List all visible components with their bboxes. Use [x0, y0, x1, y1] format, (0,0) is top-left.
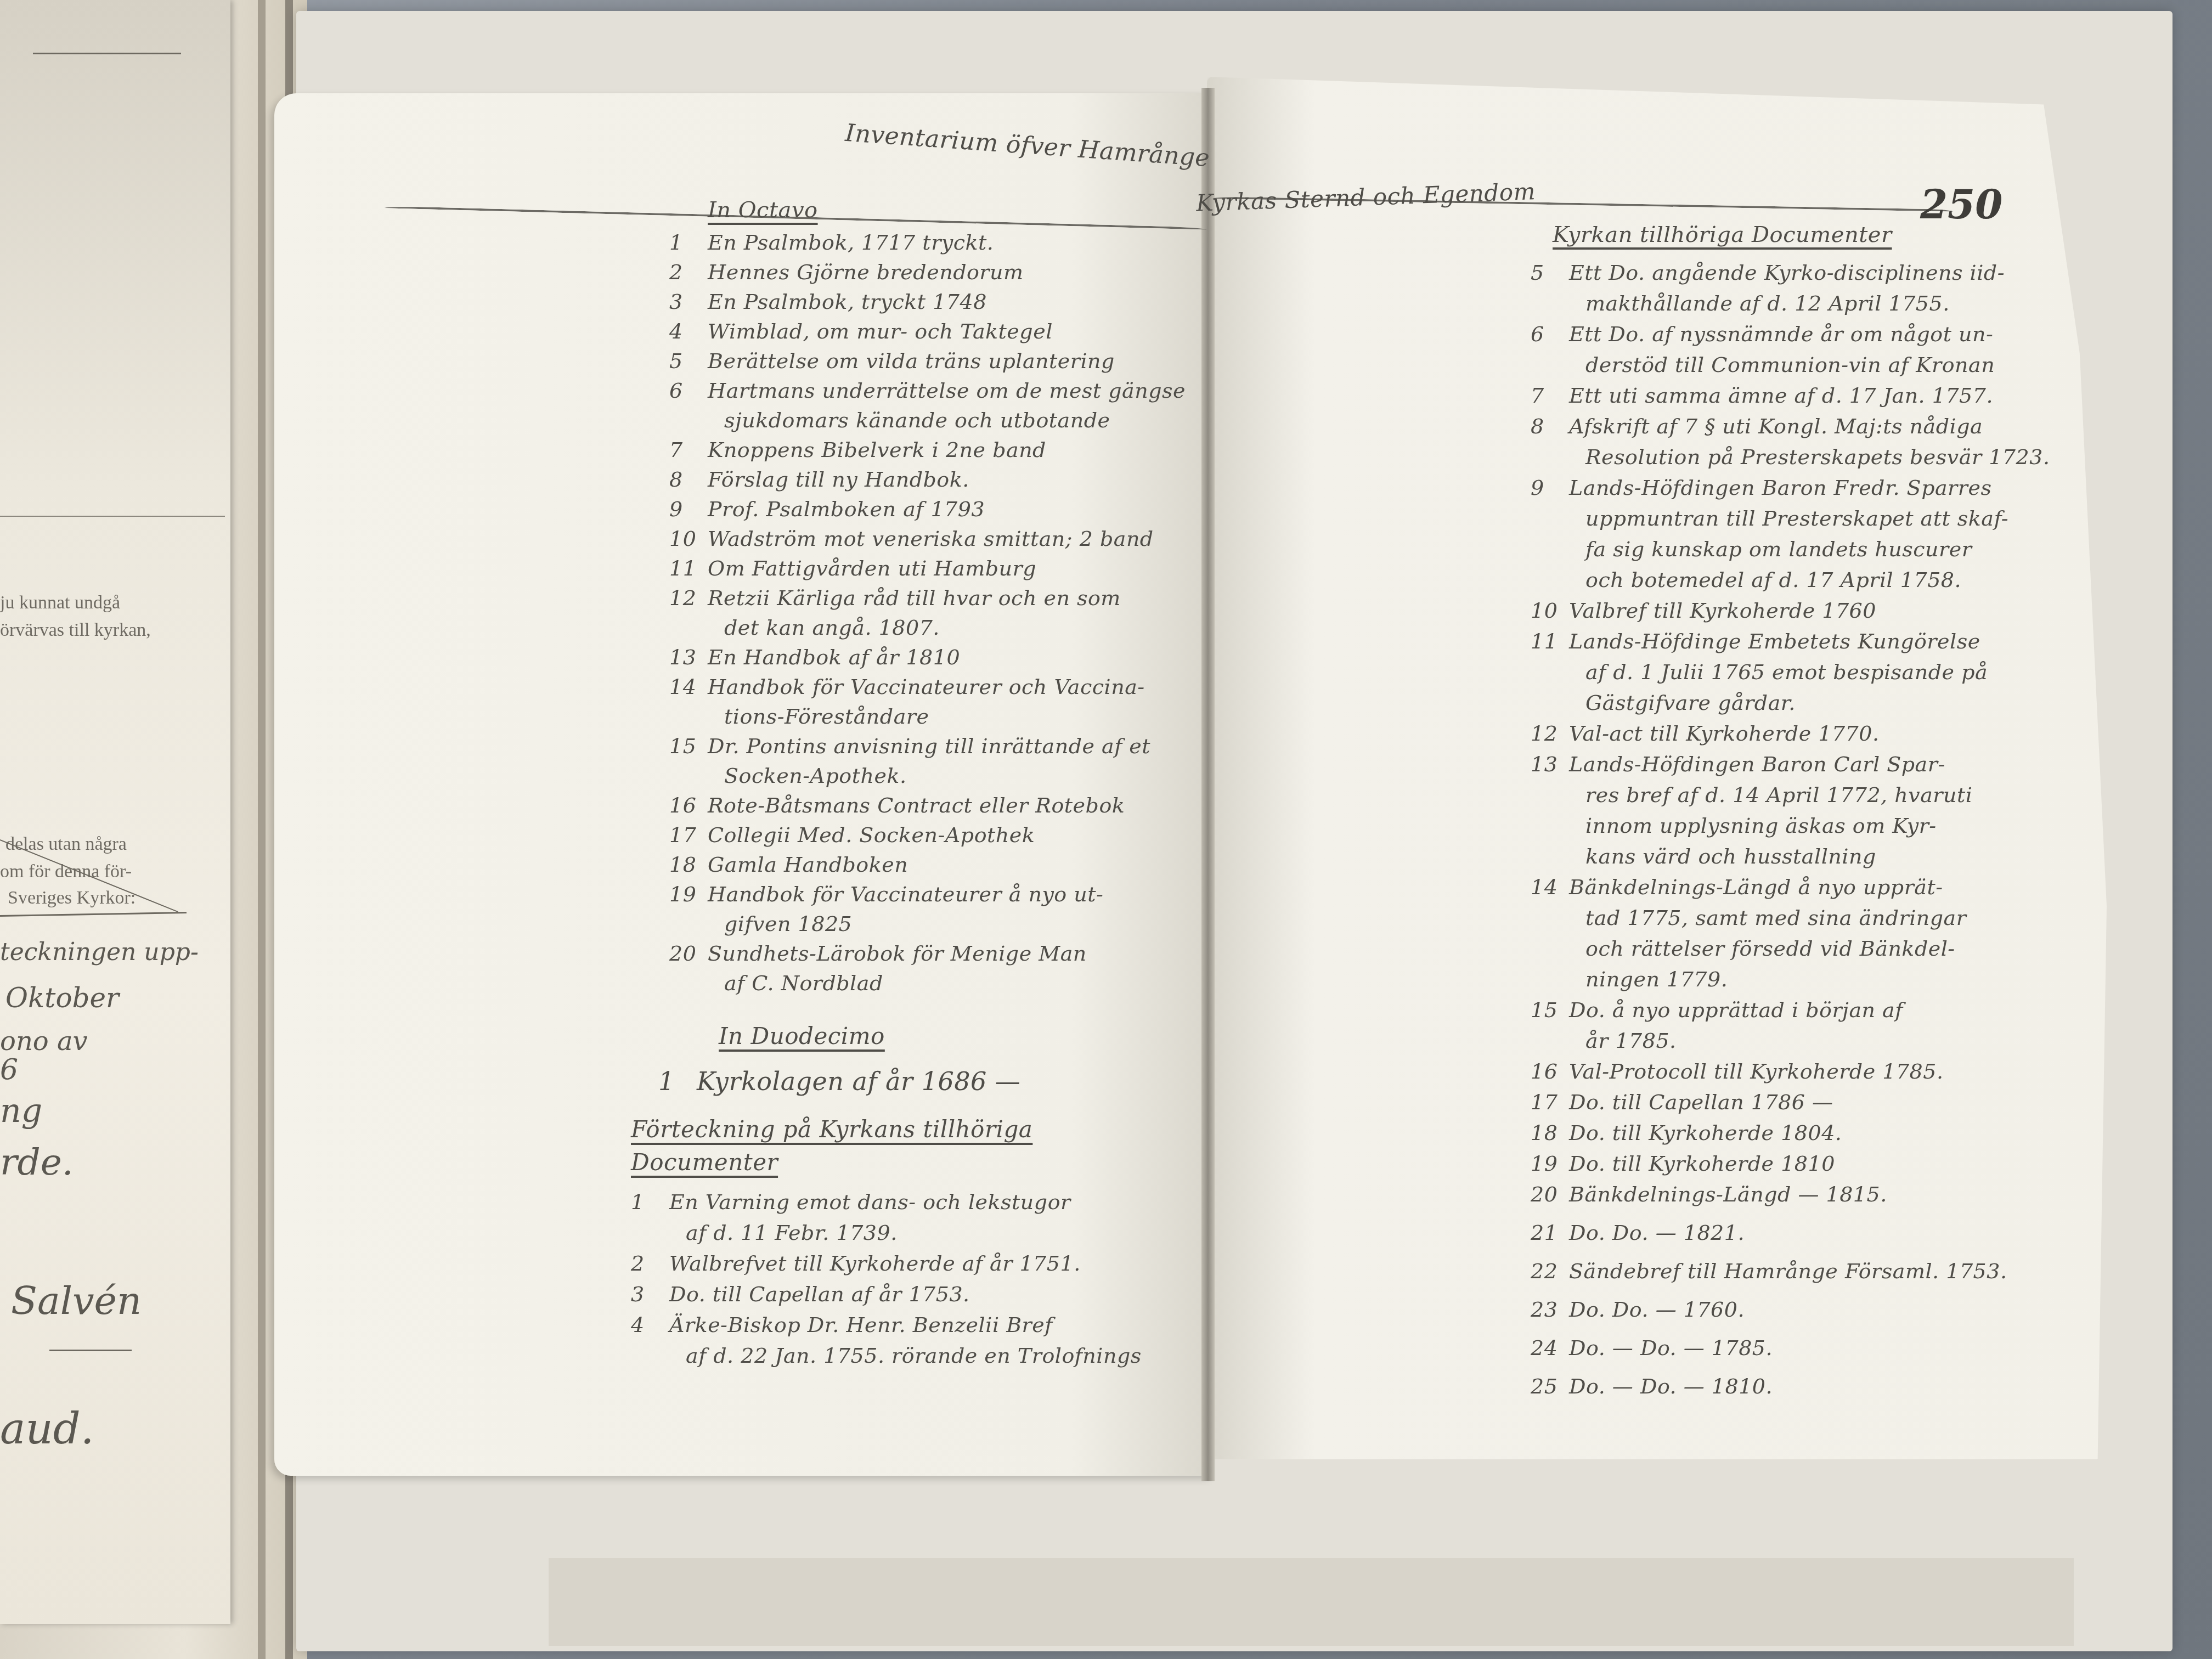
entry-number: 18: [1531, 1121, 1569, 1145]
entry-text: af C. Nordblad: [724, 971, 883, 995]
ledger-entry: uppmuntran till Presterskapet att skaf-: [1531, 506, 2008, 531]
entry-text: Do. till Kyrkoherde 1810: [1569, 1152, 1835, 1176]
entry-text: Afskrift af 7 § uti Kongl. Maj:ts nådiga: [1569, 414, 1983, 438]
side-document-stack: ju kunnat undgå örvärvas till kyrkan, de…: [0, 0, 307, 1659]
ledger-entry: innom upplysning äskas om Kyr-: [1531, 814, 1937, 838]
entry-text: Val-act till Kyrkoherde 1770.: [1569, 721, 1880, 746]
handwritten-line: aud.: [0, 1404, 94, 1454]
signature-underline: [49, 1350, 132, 1351]
entry-text: Sändebref till Hamrånge Församl. 1753.: [1569, 1259, 2007, 1283]
ledger-entry: tions-Föreståndare: [669, 704, 929, 729]
ledger-entry: 16Rote-Båtsmans Contract eller Rotebok: [669, 793, 1125, 817]
section-heading: Förteckning på Kyrkans tillhöriga: [631, 1116, 1032, 1143]
entry-text: af d. 1 Julii 1765 emot bespisande på: [1585, 660, 1988, 684]
entry-number: 6: [669, 379, 708, 403]
ledger-entry: och rättelser försedd vid Bänkdel-: [1531, 936, 1955, 961]
ledger-entry: 12Val-act till Kyrkoherde 1770.: [1531, 721, 1880, 746]
entry-number: 3: [669, 290, 708, 314]
entry-text: Wadström mot veneriska smittan; 2 band: [708, 527, 1154, 551]
entry-number: 21: [1531, 1221, 1569, 1245]
entry-number: 14: [669, 675, 708, 699]
entry-text: kans värd och husstallning: [1585, 844, 1876, 868]
printed-line: Sveriges Kyrkor:: [8, 888, 136, 909]
ledger-entry: 16Val-Protocoll till Kyrkoherde 1785.: [1531, 1059, 1944, 1084]
entry-text: En Psalmbok, tryckt 1748: [708, 290, 987, 314]
ledger-entry: 11Lands-Höfdinge Embetets Kungörelse: [1531, 629, 1980, 653]
ledger-entry: 18Gamla Handboken: [669, 853, 908, 877]
entry-text: och rättelser försedd vid Bänkdel-: [1585, 936, 1955, 961]
entry-text: af d. 11 Febr. 1739.: [686, 1221, 898, 1245]
entry-text: Lands-Höfdinge Embetets Kungörelse: [1569, 629, 1980, 653]
entry-text: Do. till Kyrkoherde 1804.: [1569, 1121, 1842, 1145]
entry-number: 6: [1531, 322, 1569, 346]
entry-text: Do. Do. — 1821.: [1569, 1221, 1745, 1245]
ledger-entry: 12Retzii Kärliga råd till hvar och en so…: [669, 586, 1121, 610]
printed-line: delas utan några: [5, 834, 127, 855]
entry-number: 9: [669, 497, 708, 521]
ledger-entry: 14Bänkdelnings-Längd å nyo upprät-: [1531, 875, 1943, 899]
ledger-entry: derstöd till Communion-vin af Kronan: [1531, 353, 1995, 377]
ledger-entry: 9Lands-Höfdingen Baron Fredr. Sparres: [1531, 476, 1991, 500]
entry-number: 8: [669, 467, 708, 492]
folder-bottom-flap: [549, 1558, 2074, 1646]
entry-text: år 1785.: [1585, 1029, 1677, 1053]
entry-text: och botemedel af d. 17 April 1758.: [1585, 568, 1961, 592]
ledger-entry: 3Do. till Capellan af år 1753.: [631, 1282, 970, 1306]
section-heading-documents-cont: Kyrkan tillhöriga Documenter: [1553, 222, 1892, 247]
entry-number: 7: [669, 438, 708, 462]
entry-number: 16: [1531, 1059, 1569, 1084]
entry-number: 2: [669, 260, 708, 284]
ledger-entry: 7Ett uti samma ämne af d. 17 Jan. 1757.: [1531, 383, 1993, 408]
entry-text: Kyrkolagen af år 1686 —: [697, 1066, 1020, 1096]
entry-number: 23: [1531, 1297, 1569, 1322]
entry-number: 25: [1531, 1374, 1569, 1398]
ledger-entry: 20Sundhets-Lärobok för Menige Man: [669, 941, 1087, 966]
entry-text: En Handbok af år 1810: [708, 645, 960, 669]
entry-text: Rote-Båtsmans Contract eller Rotebok: [708, 793, 1125, 817]
entry-text: makthållande af d. 12 April 1755.: [1585, 291, 1950, 315]
entry-number: 15: [669, 734, 708, 758]
ledger-entry: af d. 22 Jan. 1755. rörande en Trolofnin…: [631, 1344, 1142, 1368]
entry-number: 13: [1531, 752, 1569, 776]
entry-text: Bänkdelnings-Längd — 1815.: [1569, 1182, 1887, 1206]
ledger-entry: 13Lands-Höfdingen Baron Carl Spar-: [1531, 752, 1945, 776]
section-heading: Documenter: [631, 1149, 778, 1176]
ledger-entry: 6Ett Do. af nyssnämnde år om något un-: [1531, 322, 1993, 346]
ledger-entry: år 1785.: [1531, 1029, 1677, 1053]
entry-text: Hartmans underrättelse om de mest gängse: [708, 379, 1186, 403]
entry-text: ningen 1779.: [1585, 967, 1728, 991]
ledger-entry: sjukdomars känande och utbotande: [669, 408, 1110, 432]
entry-number: 17: [669, 823, 708, 847]
entry-text: Dr. Pontins anvisning till inrättande af…: [708, 734, 1150, 758]
ledger-entry: af C. Nordblad: [669, 971, 883, 995]
entry-text: Bänkdelnings-Längd å nyo upprät-: [1569, 875, 1943, 899]
ledger-entry: 8Förslag till ny Handbok.: [669, 467, 969, 492]
entry-text: Handbok för Vaccinateurer å nyo ut-: [708, 882, 1103, 906]
entry-text: Gästgifvare gårdar.: [1585, 691, 1796, 715]
entry-text: En Varning emot dans- och lekstugor: [669, 1190, 1071, 1214]
entry-number: 24: [1531, 1336, 1569, 1360]
ledger-entry: 1Kyrkolagen af år 1686 —: [658, 1066, 1020, 1096]
entry-number: 4: [631, 1313, 669, 1337]
ledger-entry: 21Do. Do. — 1821.: [1531, 1221, 1745, 1245]
ledger-entry: makthållande af d. 12 April 1755.: [1531, 291, 1950, 315]
ledger-entry: fa sig kunskap om landets huscurer: [1531, 537, 1972, 561]
ledger-entry: 13En Handbok af år 1810: [669, 645, 960, 669]
printed-line: om för denna för-: [0, 861, 132, 882]
entry-number: 1: [669, 230, 708, 255]
section-heading: In Duodecimo: [719, 1023, 885, 1049]
ledger-entry: 19Do. till Kyrkoherde 1810: [1531, 1152, 1835, 1176]
entry-number: 5: [669, 349, 708, 373]
ledger-entry: 6Hartmans underrättelse om de mest gängs…: [669, 379, 1186, 403]
entry-text: Lands-Höfdingen Baron Carl Spar-: [1569, 752, 1945, 776]
ledger-entry: 24Do. — Do. — 1785.: [1531, 1336, 1773, 1360]
entry-number: 9: [1531, 476, 1569, 500]
entry-text: Wimblad, om mur- och Taktegel: [708, 319, 1053, 343]
entry-text: Gamla Handboken: [708, 853, 908, 877]
entry-number: 20: [669, 941, 708, 966]
ledger-entry: gifven 1825: [669, 912, 852, 936]
entry-number: 8: [1531, 414, 1569, 438]
ledger-entry: res bref af d. 14 April 1772, hvaruti: [1531, 783, 1972, 807]
entry-text: Do. — Do. — 1785.: [1569, 1336, 1773, 1360]
entry-text: derstöd till Communion-vin af Kronan: [1585, 353, 1995, 377]
entry-text: Om Fattigvården uti Hamburg: [708, 556, 1036, 580]
printed-line: ju kunnat undgå: [0, 592, 120, 613]
entry-number: 15: [1531, 998, 1569, 1022]
entry-text: Ett Do. af nyssnämnde år om något un-: [1569, 322, 1993, 346]
entry-number: 19: [669, 882, 708, 906]
signature: Salvén: [11, 1278, 142, 1323]
entry-number: 12: [1531, 721, 1569, 746]
form-rule: [0, 912, 187, 917]
entry-text: Knoppens Bibelverk i 2ne band: [708, 438, 1046, 462]
ledger-entry: 19Handbok för Vaccinateurer å nyo ut-: [669, 882, 1103, 906]
entry-number: 18: [669, 853, 708, 877]
handwritten-line: rde.: [0, 1141, 74, 1183]
entry-number: 20: [1531, 1182, 1569, 1206]
ledger-entry: tad 1775, samt med sina ändringar: [1531, 906, 1966, 930]
entry-text: Ärke-Biskop Dr. Henr. Benzelii Bref: [669, 1313, 1053, 1337]
ledger-entry: 10Wadström mot veneriska smittan; 2 band: [669, 527, 1154, 551]
entry-number: 14: [1531, 875, 1569, 899]
entry-number: 7: [1531, 383, 1569, 408]
entry-text: Förslag till ny Handbok.: [708, 467, 969, 492]
entry-text: Do. till Capellan 1786 —: [1569, 1090, 1833, 1114]
entry-number: 5: [1531, 261, 1569, 285]
ledger-entry: kans värd och husstallning: [1531, 844, 1876, 868]
ledger-entry: 1En Psalmbok, 1717 tryckt.: [669, 230, 994, 255]
entry-text: Collegii Med. Socken-Apothek: [708, 823, 1035, 847]
ledger-entry: 11Om Fattigvården uti Hamburg: [669, 556, 1036, 580]
entry-number: 2: [631, 1251, 669, 1276]
entry-text: innom upplysning äskas om Kyr-: [1585, 814, 1937, 838]
entry-text: fa sig kunskap om landets huscurer: [1585, 537, 1972, 561]
form-rule: [33, 53, 181, 54]
paper-edge: [258, 0, 266, 1659]
ledger-entry: 2Walbrefvet till Kyrkoherde af år 1751.: [631, 1251, 1081, 1276]
handwritten-line: ng: [0, 1092, 42, 1130]
ledger-entry: 7Knoppens Bibelverk i 2ne band: [669, 438, 1046, 462]
entry-number: 11: [669, 556, 708, 580]
ledger-entry: 23Do. Do. — 1760.: [1531, 1297, 1745, 1322]
ledger-entry: 3En Psalmbok, tryckt 1748: [669, 290, 987, 314]
entry-text: Ett uti samma ämne af d. 17 Jan. 1757.: [1569, 383, 1993, 408]
entry-text: gifven 1825: [724, 912, 852, 936]
ledger-entry: 17Do. till Capellan 1786 —: [1531, 1090, 1833, 1114]
entry-number: 10: [669, 527, 708, 551]
entry-number: 4: [669, 319, 708, 343]
ledger-entry: och botemedel af d. 17 April 1758.: [1531, 568, 1961, 592]
printed-line: örvärvas till kyrkan,: [0, 620, 151, 641]
entry-text: Val-Protocoll till Kyrkoherde 1785.: [1569, 1059, 1944, 1084]
ledger-entry: 18Do. till Kyrkoherde 1804.: [1531, 1121, 1842, 1145]
entry-number: 3: [631, 1282, 669, 1306]
form-rule: [0, 516, 225, 517]
entry-text: Do. — Do. — 1810.: [1569, 1374, 1773, 1398]
ledger-entry: Resolution på Presterskapets besvär 1723…: [1531, 445, 2050, 469]
entry-text: sjukdomars känande och utbotande: [724, 408, 1110, 432]
entry-number: 12: [669, 586, 708, 610]
entry-text: Prof. Psalmboken af 1793: [708, 497, 985, 521]
entry-text: tions-Föreståndare: [724, 704, 929, 729]
ledger-entry: 14Handbok för Vaccinateurer och Vaccina-: [669, 675, 1145, 699]
ledger-entry: 5Ett Do. angående Kyrko-disciplinens iid…: [1531, 261, 2005, 285]
side-document-page: ju kunnat undgå örvärvas till kyrkan, de…: [0, 0, 230, 1624]
entry-number: 1: [658, 1066, 697, 1096]
ledger-entry: 17Collegii Med. Socken-Apothek: [669, 823, 1035, 847]
entry-number: 10: [1531, 599, 1569, 623]
ledger-entry: 25Do. — Do. — 1810.: [1531, 1374, 1773, 1398]
section-heading-octavo: In Octavo: [708, 198, 818, 223]
ledger-entry: ningen 1779.: [1531, 967, 1728, 991]
entry-text: uppmuntran till Presterskapet att skaf-: [1585, 506, 2008, 531]
entry-text: Hennes Gjörne bredendorum: [708, 260, 1024, 284]
ledger-entry: Socken-Apothek.: [669, 764, 907, 788]
entry-text: Handbok för Vaccinateurer och Vaccina-: [708, 675, 1145, 699]
ledger-entry: af d. 1 Julii 1765 emot bespisande på: [1531, 660, 1988, 684]
entry-text: res bref af d. 14 April 1772, hvaruti: [1585, 783, 1972, 807]
entry-text: Do. Do. — 1760.: [1569, 1297, 1745, 1322]
entry-text: En Psalmbok, 1717 tryckt.: [708, 230, 994, 255]
ledger-entry: 22Sändebref till Hamrånge Församl. 1753.: [1531, 1259, 2007, 1283]
ledger-entry: 4Ärke-Biskop Dr. Henr. Benzelii Bref: [631, 1313, 1053, 1337]
handwritten-line: teckningen upp-: [0, 938, 199, 966]
ledger-entry: 20Bänkdelnings-Längd — 1815.: [1531, 1182, 1887, 1206]
handwritten-line: Oktober: [5, 982, 119, 1014]
entry-number: 17: [1531, 1090, 1569, 1114]
ledger-entry: af d. 11 Febr. 1739.: [631, 1221, 898, 1245]
entry-text: Valbref till Kyrkoherde 1760: [1569, 599, 1876, 623]
entry-text: Socken-Apothek.: [724, 764, 907, 788]
entry-number: 11: [1531, 629, 1569, 653]
entry-number: 22: [1531, 1259, 1569, 1283]
entry-text: Do. å nyo upprättad i början af: [1569, 998, 1903, 1022]
entry-text: Sundhets-Lärobok för Menige Man: [708, 941, 1087, 966]
ledger-entry: Gästgifvare gårdar.: [1531, 691, 1796, 715]
book-gutter: [1201, 88, 1215, 1481]
ledger-entry: 10Valbref till Kyrkoherde 1760: [1531, 599, 1876, 623]
entry-number: 1: [631, 1190, 669, 1214]
entry-text: Berättelse om vilda träns uplantering: [708, 349, 1115, 373]
handwritten-line: ono av: [0, 1026, 88, 1057]
entry-number: 16: [669, 793, 708, 817]
entry-text: af d. 22 Jan. 1755. rörande en Trolofnin…: [686, 1344, 1142, 1368]
ledger-entry: 4Wimblad, om mur- och Taktegel: [669, 319, 1053, 343]
ledger-entry: det kan angå. 1807.: [669, 616, 940, 640]
entry-text: tad 1775, samt med sina ändringar: [1585, 906, 1966, 930]
entry-number: 19: [1531, 1152, 1569, 1176]
ledger-entry: 9Prof. Psalmboken af 1793: [669, 497, 985, 521]
entry-text: det kan angå. 1807.: [724, 616, 940, 640]
ledger-entry: 2Hennes Gjörne bredendorum: [669, 260, 1024, 284]
ledger-entry: 1En Varning emot dans- och lekstugor: [631, 1190, 1071, 1214]
entry-text: Lands-Höfdingen Baron Fredr. Sparres: [1569, 476, 1991, 500]
page-number: 250: [1920, 181, 2002, 228]
ledger-entry: 5Berättelse om vilda träns uplantering: [669, 349, 1115, 373]
entry-text: Resolution på Presterskapets besvär 1723…: [1585, 445, 2050, 469]
entry-text: Do. till Capellan af år 1753.: [669, 1282, 970, 1306]
entry-number: 13: [669, 645, 708, 669]
entry-text: Retzii Kärliga råd till hvar och en som: [708, 586, 1121, 610]
entry-text: Ett Do. angående Kyrko-disciplinens iid-: [1569, 261, 2005, 285]
handwritten-line: 6: [0, 1053, 18, 1086]
ledger-entry: 15Dr. Pontins anvisning till inrättande …: [669, 734, 1150, 758]
ledger-entry: 8Afskrift af 7 § uti Kongl. Maj:ts nådig…: [1531, 414, 1983, 438]
ledger-entry: 15Do. å nyo upprättad i början af: [1531, 998, 1903, 1022]
entry-text: Walbrefvet till Kyrkoherde af år 1751.: [669, 1251, 1081, 1276]
